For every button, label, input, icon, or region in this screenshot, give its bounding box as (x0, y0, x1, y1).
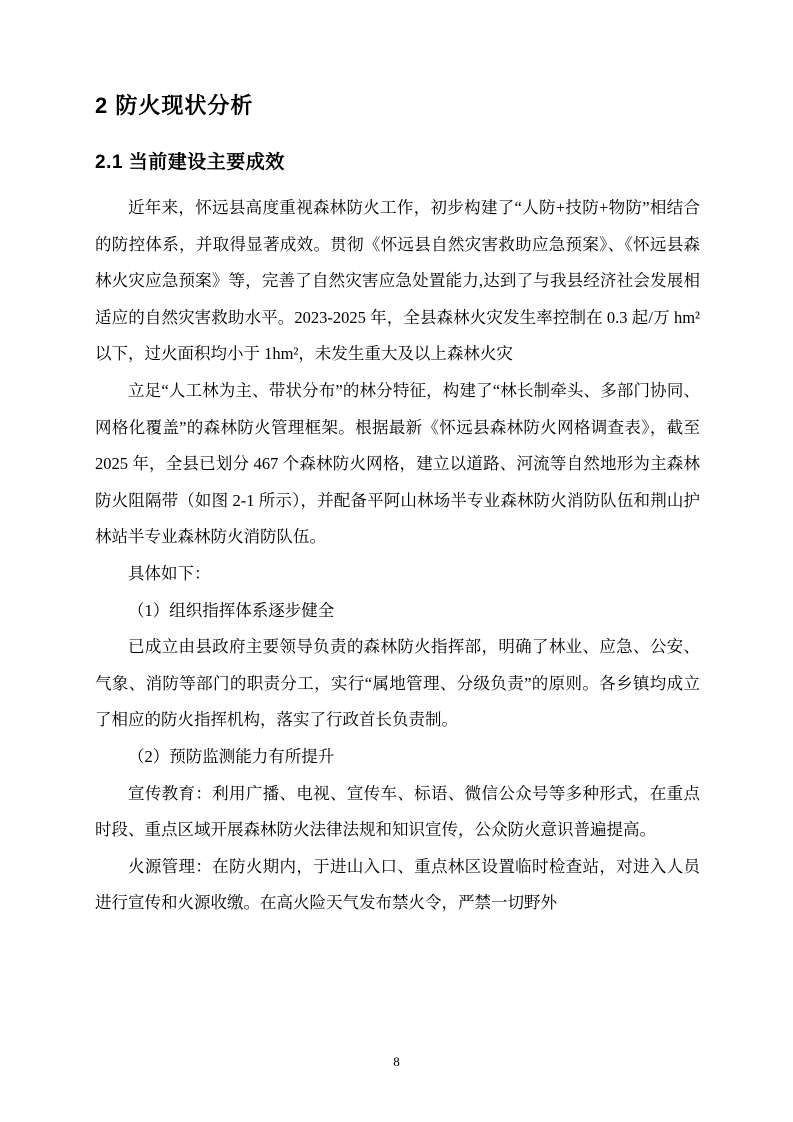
paragraph: 火源管理：在防火期内，于进山入口、重点林区设置临时检查站，对进入人员进行宣传和火… (95, 849, 700, 922)
document-page: 2 防火现状分析 2.1 当前建设主要成效 近年来，怀远县高度重视森林防火工作，… (0, 0, 793, 1122)
body-text: 近年来，怀远县高度重视森林防火工作，初步构建了“人防+技防+物防”相结合的防控体… (95, 190, 700, 922)
paragraph: 已成立由县政府主要领导负责的森林防火指挥部，明确了林业、应急、公安、气象、消防等… (95, 629, 700, 739)
paragraph: 具体如下： (95, 556, 700, 593)
page-number: 8 (0, 1054, 793, 1070)
paragraph: （2）预防监测能力有所提升 (95, 739, 700, 776)
paragraph: 近年来，怀远县高度重视森林防火工作，初步构建了“人防+技防+物防”相结合的防控体… (95, 190, 700, 373)
chapter-heading: 2 防火现状分析 (95, 92, 700, 120)
paragraph: 宣传教育：利用广播、电视、宣传车、标语、微信公众号等多种形式，在重点时段、重点区… (95, 776, 700, 849)
section-heading: 2.1 当前建设主要成效 (95, 150, 700, 176)
paragraph: 立足“人工林为主、带状分布”的林分特征，构建了“林长制牵头、多部门协同、网格化覆… (95, 373, 700, 556)
document-content: 2 防火现状分析 2.1 当前建设主要成效 近年来，怀远县高度重视森林防火工作，… (0, 0, 793, 922)
paragraph: （1）组织指挥体系逐步健全 (95, 593, 700, 630)
